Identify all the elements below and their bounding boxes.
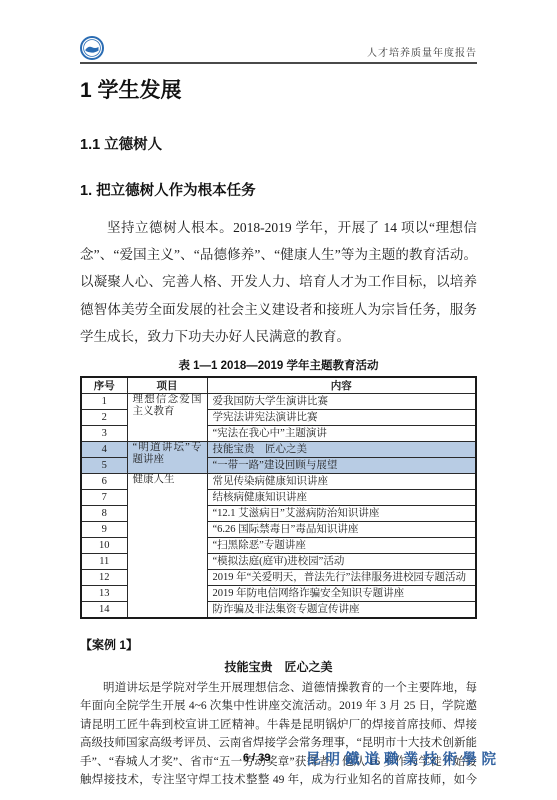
cell-no: 7 — [81, 490, 127, 506]
chapter-title: 1 学生发展 — [80, 74, 477, 104]
cell-no: 12 — [81, 570, 127, 586]
cell-item-group2: “明道讲坛”专题讲座 — [127, 442, 207, 474]
case-body-paragraph: 明道讲坛是学院对学生开展理想信念、道德情操教育的一个主要阵地，每年面向全院学生开… — [80, 679, 477, 791]
cell-content: 防诈骗及非法集资专题宣传讲座 — [207, 602, 476, 619]
cell-no: 1 — [81, 394, 127, 410]
table-caption: 表 1—1 2018—2019 学年主题教育活动 — [80, 357, 477, 373]
intro-paragraph: 坚持立德树人根本。2018-2019 学年，开展了 14 项以“理想信念”、“爱… — [80, 214, 477, 350]
section-title: 1.1 立德树人 — [80, 133, 477, 154]
page-number: 6 / 39 — [243, 752, 271, 764]
school-logo-icon — [80, 36, 104, 60]
cell-item-group1: 理想信念爱国主义教育 — [127, 394, 207, 442]
cell-no: 9 — [81, 522, 127, 538]
col-header-content: 内容 — [207, 377, 476, 394]
cell-content: “12.1 艾滋病日”艾滋病防治知识讲座 — [207, 506, 476, 522]
header-report-title: 人才培养质量年度报告 — [367, 44, 477, 60]
col-header-item: 项目 — [127, 377, 207, 394]
cell-no: 6 — [81, 474, 127, 490]
cell-no: 3 — [81, 426, 127, 442]
cell-content: “6.26 国际禁毒日”毒品知识讲座 — [207, 522, 476, 538]
col-header-no: 序号 — [81, 377, 127, 394]
case-title: 技能宝贵 匠心之美 — [80, 658, 477, 675]
cell-no: 10 — [81, 538, 127, 554]
document-page: 人才培养质量年度报告 1 学生发展 1.1 立德树人 1. 把立德树人作为根本任… — [0, 0, 557, 800]
cell-content: 结核病健康知识讲座 — [207, 490, 476, 506]
table-row: 6 健康人生 常见传染病健康知识讲座 — [81, 474, 476, 490]
table-header-row: 序号 项目 内容 — [81, 377, 476, 394]
cell-content: 爱我国防大学生演讲比赛 — [207, 394, 476, 410]
cell-no: 11 — [81, 554, 127, 570]
cell-no: 13 — [81, 586, 127, 602]
cell-no: 4 — [81, 442, 127, 458]
subsection-title: 1. 把立德树人作为根本任务 — [80, 179, 477, 200]
cell-content: 学宪法讲宪法演讲比赛 — [207, 410, 476, 426]
cell-content: “扫黑除恶”专题讲座 — [207, 538, 476, 554]
cell-content: “一带一路”建设回顾与展望 — [207, 458, 476, 474]
cell-no: 2 — [81, 410, 127, 426]
table-row: 1 理想信念爱国主义教育 爱我国防大学生演讲比赛 — [81, 394, 476, 410]
cell-content: “宪法在我心中”主题演讲 — [207, 426, 476, 442]
school-name-calligraphy: 昆明鐵道職業技術學院 — [306, 748, 501, 769]
page-footer: 6 / 39 昆明鐵道職業技術學院 — [0, 748, 557, 774]
cell-item-group3: 健康人生 — [127, 474, 207, 619]
cell-content: “模拟法庭(庭审)进校园”活动 — [207, 554, 476, 570]
cell-content: 技能宝贵 匠心之美 — [207, 442, 476, 458]
cell-no: 8 — [81, 506, 127, 522]
cell-no: 14 — [81, 602, 127, 619]
cell-content: 2019 年防电信网络诈骗安全知识专题讲座 — [207, 586, 476, 602]
table-row-highlighted: 4 “明道讲坛”专题讲座 技能宝贵 匠心之美 — [81, 442, 476, 458]
cell-no: 5 — [81, 458, 127, 474]
cell-content: 2019 年“关爱明天，普法先行”法律服务进校园专题活动 — [207, 570, 476, 586]
cell-content: 常见传染病健康知识讲座 — [207, 474, 476, 490]
case-label: 【案例 1】 — [80, 636, 477, 653]
activities-table: 序号 项目 内容 1 理想信念爱国主义教育 爱我国防大学生演讲比赛 2 学宪法讲… — [80, 376, 477, 619]
page-header: 人才培养质量年度报告 — [80, 30, 477, 64]
